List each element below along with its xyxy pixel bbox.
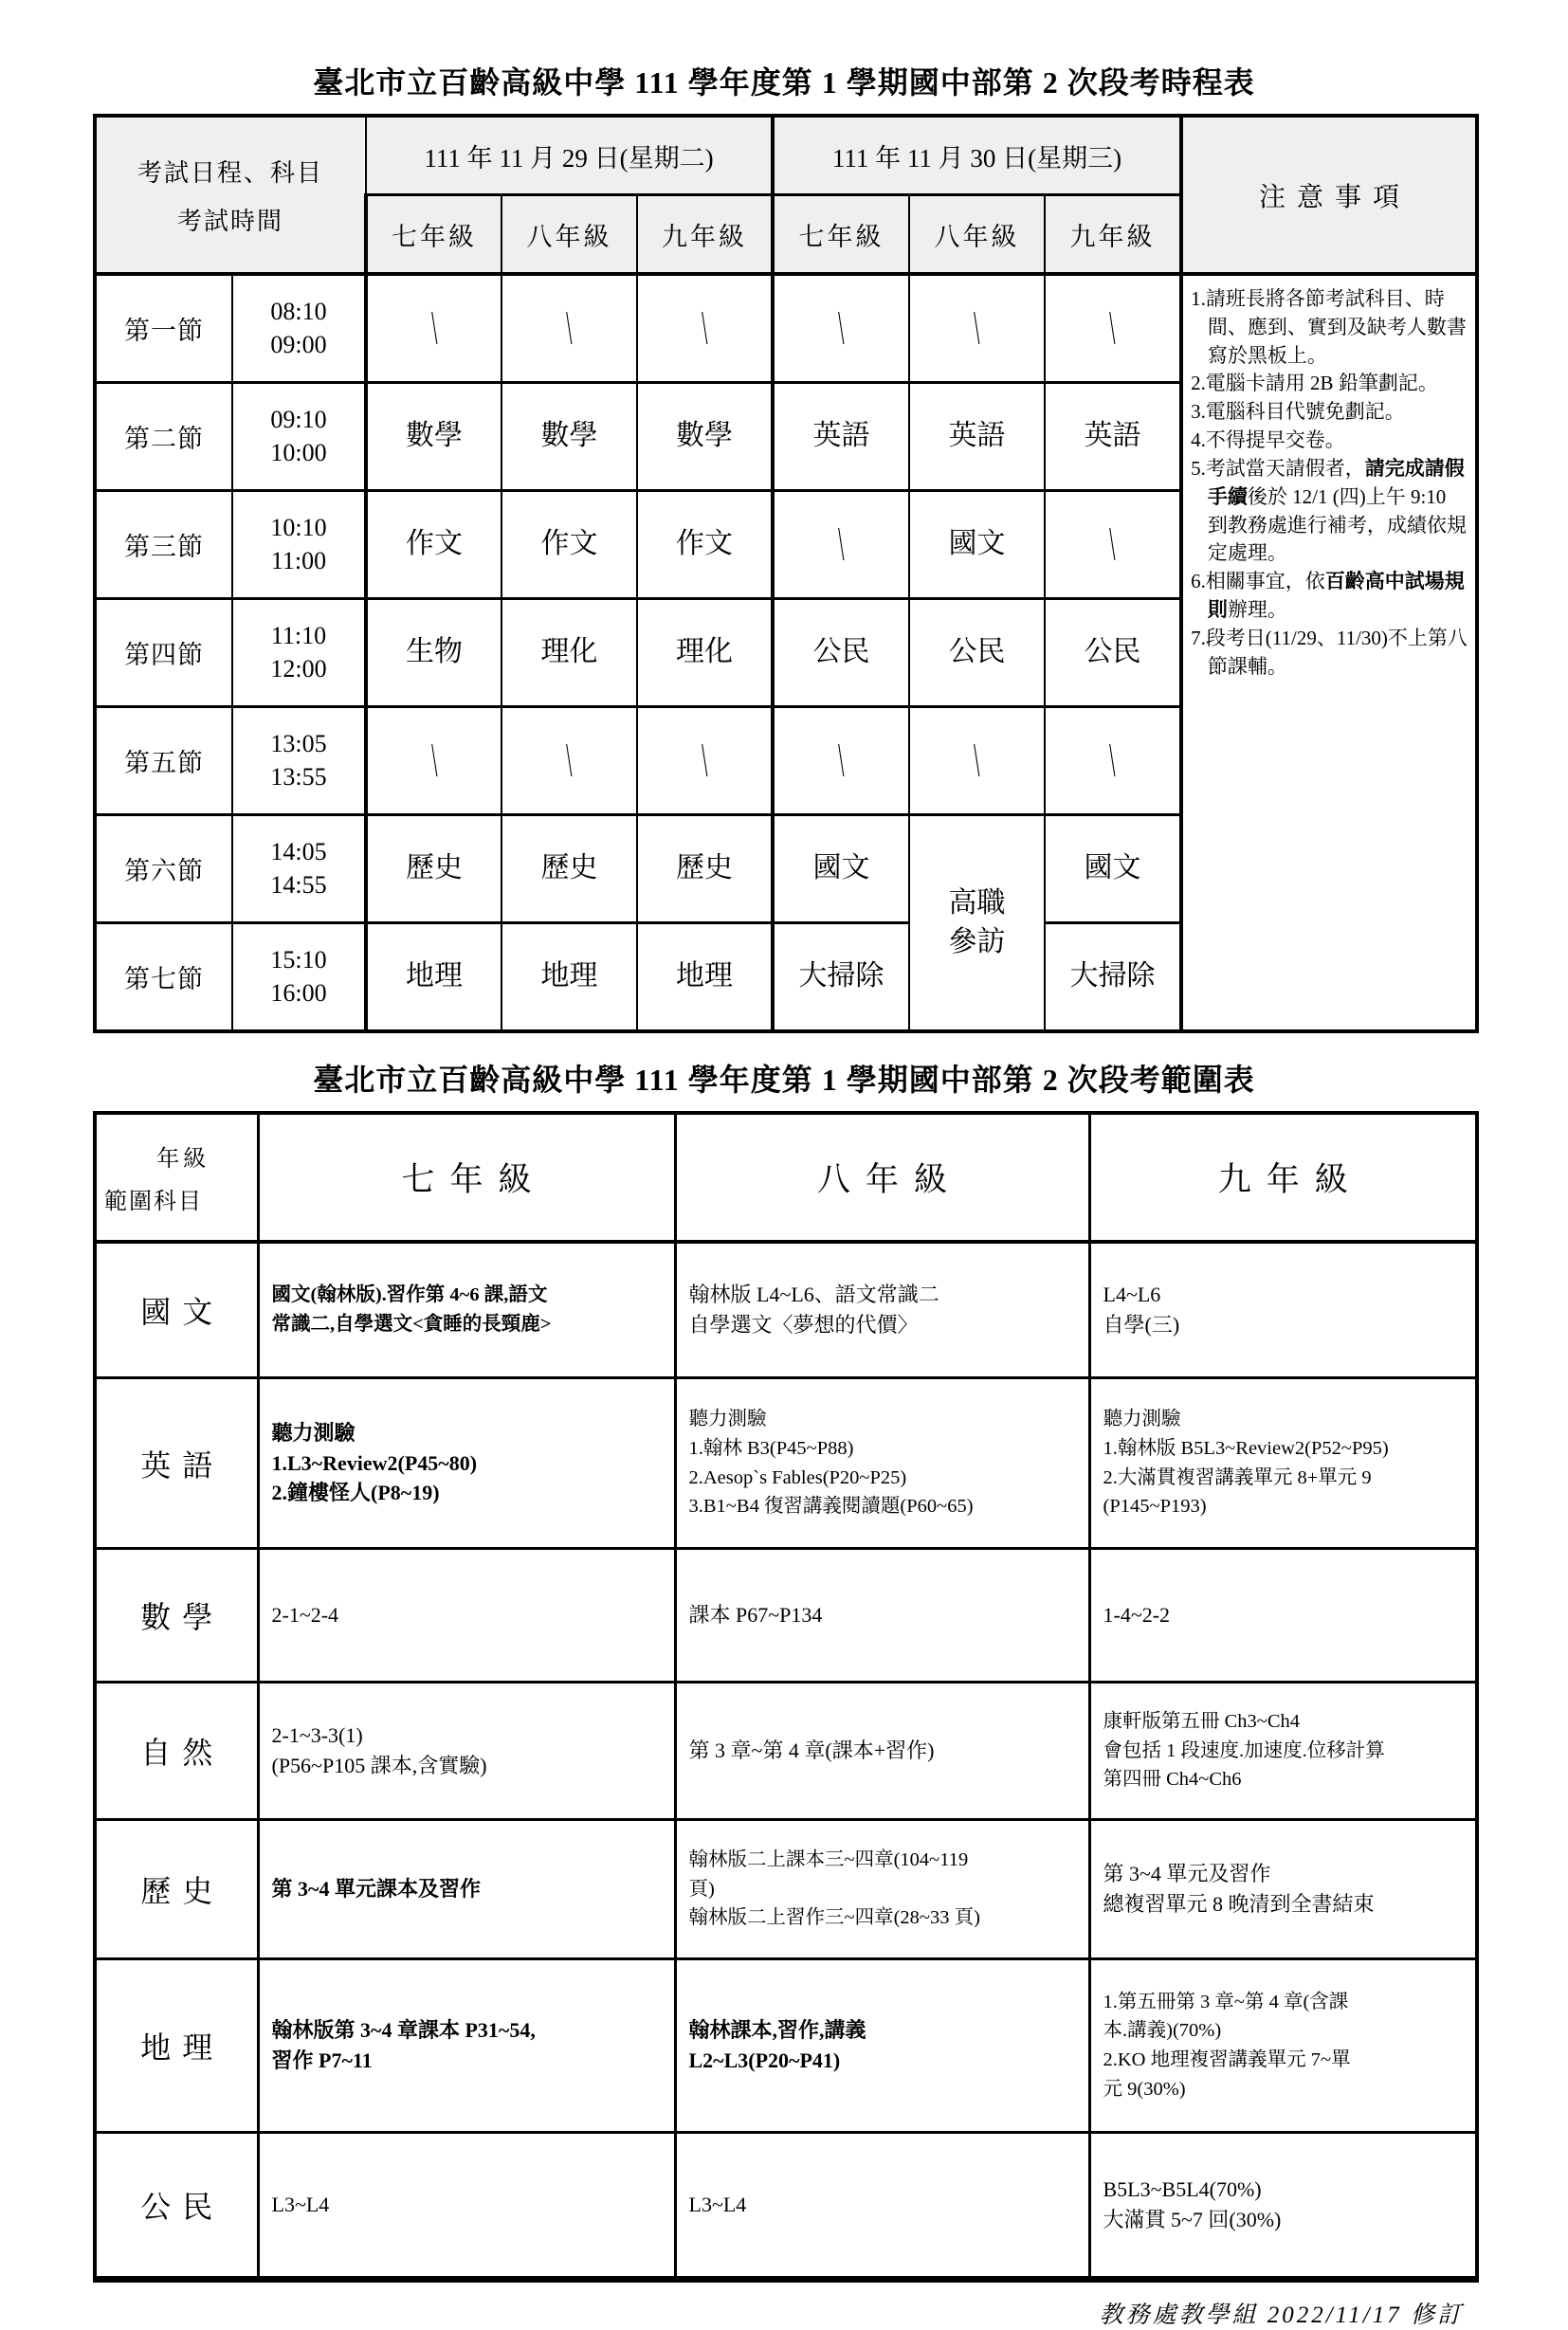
grade-header-day2-g7: 七年級 [773,195,909,275]
subject-cell: 歷史 [501,815,637,923]
revision-note: 教務處教學組 2022/11/17 修訂 [93,2296,1475,2330]
scope-table-title: 臺北市立百齡高級中學 111 學年度第 1 學期國中部第 2 次段考範圍表 [93,1056,1475,1100]
page: 臺北市立百齡高級中學 111 學年度第 1 學期國中部第 2 次段考時程表 考試… [93,0,1475,2330]
scope-cell-g8: 翰林版 L4~L6、語文常識二 自學選文〈夢想的代價〉 [675,1242,1089,1378]
subject-cell: 英語 [773,383,909,491]
grade-header-day1-g8: 八年級 [501,195,637,275]
no-exam-slash: \ [1109,730,1115,794]
scope-subject-label: 公民 [95,2133,258,2280]
subject-cell: 英語 [1045,383,1181,491]
scope-corner-header: 年級 範圍科目 [95,1113,258,1242]
period-label: 第一節 [95,274,232,383]
subject-cell: 公民 [773,599,909,707]
subject-cell: 數學 [637,383,773,491]
subject-cell: \ [773,274,909,383]
scope-cell-g9: B5L3~B5L4(70%) 大滿貫 5~7 回(30%) [1089,2133,1477,2280]
scope-cell-g9: 聽力測驗 1.翰林版 B5L3~Review2(P52~P95) 2.大滿貫複習… [1089,1378,1477,1549]
grade-header-day2-g9: 九年級 [1045,195,1181,275]
subject-cell: \ [909,707,1045,815]
note-item: 4.不得提早交卷。 [1191,427,1469,455]
scope-row-geography: 地理 翰林版第 3~4 章課本 P31~54, 習作 P7~11 翰林課本,習作… [95,1959,1477,2133]
subject-cell: 生物 [366,599,501,707]
note-number: 5. [1191,457,1206,480]
subject-cell: 地理 [501,923,637,1032]
subject-cell: 國文 [773,815,909,923]
note-item: 5.考試當天請假者，請完成請假手續後於 12/1 (四)上午 9:10 到教務處… [1191,455,1469,568]
no-exam-slash: \ [431,298,437,362]
note-number: 7. [1191,627,1206,649]
subject-cell: 國文 [909,491,1045,599]
subject-cell: 大掃除 [1045,923,1181,1032]
subject-cell: 公民 [1045,599,1181,707]
scope-grade-header-g9: 九年級 [1089,1113,1477,1242]
scope-cell-g8: 翰林課本,習作,講義 L2~L3(P20~P41) [675,1959,1089,2133]
subject-cell: \ [501,707,637,815]
note-item: 7.段考日(11/29、11/30)不上第八節課輔。 [1191,625,1469,682]
subject-cell: \ [637,274,773,383]
scope-row-history: 歷史 第 3~4 單元課本及習作 翰林版二上課本三~四章(104~119 頁) … [95,1820,1477,1959]
scope-row-civics: 公民 L3~L4 L3~L4 B5L3~B5L4(70%) 大滿貫 5~7 回(… [95,2133,1477,2280]
scope-subject-label: 地理 [95,1959,258,2133]
subject-cell: \ [637,707,773,815]
no-exam-slash: \ [566,298,572,362]
subject-cell: 大掃除 [773,923,909,1032]
period-time: 08:10 09:00 [232,274,366,383]
scope-cell-g9: L4~L6 自學(三) [1089,1242,1477,1378]
grade-header-day1-g7: 七年級 [366,195,501,275]
schedule-header-row-1: 考試日程、科目 考試時間 111 年 11 月 29 日(星期二) 111 年 … [95,116,1477,195]
period-label: 第六節 [95,815,232,923]
no-exam-slash: \ [838,298,844,362]
exam-schedule-table: 考試日程、科目 考試時間 111 年 11 月 29 日(星期二) 111 年 … [93,114,1479,1033]
scope-row-math: 數學 2-1~2-4 課本 P67~P134 1-4~2-2 [95,1549,1477,1683]
no-exam-slash: \ [1109,514,1115,578]
subject-cell: \ [909,274,1045,383]
date-header-day2: 111 年 11 月 30 日(星期三) [773,116,1181,195]
scope-grade-header-g7: 七年級 [258,1113,675,1242]
period-label: 第四節 [95,599,232,707]
exam-scope-table: 年級 範圍科目 七年級 八年級 九年級 國文 國文(翰林版).習作第 4~6 課… [93,1111,1479,2283]
note-item: 2.電腦卡請用 2B 鉛筆劃記。 [1191,370,1469,398]
scope-subject-label: 英語 [95,1378,258,1549]
grade-header-day2-g8: 八年級 [909,195,1045,275]
subject-cell: 英語 [909,383,1045,491]
subject-cell: \ [1045,491,1181,599]
no-exam-slash: \ [702,298,707,362]
period-time: 13:05 13:55 [232,707,366,815]
scope-cell-g7: L3~L4 [258,2133,675,2280]
subject-cell: \ [501,274,637,383]
scope-cell-g8: 聽力測驗 1.翰林 B3(P45~P88) 2.Aesop`s Fables(P… [675,1378,1089,1549]
scope-row-chinese: 國文 國文(翰林版).習作第 4~6 課,語文 常識二,自學選文<貪睡的長頸鹿>… [95,1242,1477,1378]
note-number: 4. [1191,428,1206,451]
subject-cell: 公民 [909,599,1045,707]
subject-cell: \ [1045,274,1181,383]
scope-subject-label: 歷史 [95,1820,258,1959]
subject-cell: 地理 [637,923,773,1032]
schedule-corner-header: 考試日程、科目 考試時間 [95,116,366,274]
period-time: 11:10 12:00 [232,599,366,707]
subject-cell: \ [366,707,501,815]
period-time: 09:10 10:00 [232,383,366,491]
period-label: 第七節 [95,923,232,1032]
period-time: 15:10 16:00 [232,923,366,1032]
scope-row-english: 英語 聽力測驗 1.L3~Review2(P45~80) 2.鐘樓怪人(P8~1… [95,1378,1477,1549]
note-number: 3. [1191,400,1206,423]
period-label: 第二節 [95,383,232,491]
subject-cell: 歷史 [637,815,773,923]
scope-cell-g9: 1-4~2-2 [1089,1549,1477,1683]
scope-cell-g7: 第 3~4 單元課本及習作 [258,1820,675,1959]
scope-cell-g7: 2-1~2-4 [258,1549,675,1683]
scope-cell-g9: 康軒版第五冊 Ch3~Ch4 會包括 1 段速度.加速度.位移計算 第四冊 Ch… [1089,1683,1477,1820]
no-exam-slash: \ [838,730,844,794]
scope-cell-g7: 聽力測驗 1.L3~Review2(P45~80) 2.鐘樓怪人(P8~19) [258,1378,675,1549]
corner-grade-label: 年級 [104,1139,249,1173]
no-exam-slash: \ [1109,298,1115,362]
subject-cell: 作文 [637,491,773,599]
note-number: 1. [1191,287,1206,310]
subject-cell: 數學 [501,383,637,491]
subject-cell: \ [773,707,909,815]
scope-cell-g7: 國文(翰林版).習作第 4~6 課,語文 常識二,自學選文<貪睡的長頸鹿> [258,1242,675,1378]
corner-line1: 考試日程、科目 [98,154,363,189]
note-item: 1.請班長將各節考試科目、時間、應到、實到及缺考人數書寫於黑板上。 [1191,285,1469,370]
scope-subject-label: 自然 [95,1683,258,1820]
subject-cell: 地理 [366,923,501,1032]
subject-cell: 歷史 [366,815,501,923]
scope-cell-g7: 翰林版第 3~4 章課本 P31~54, 習作 P7~11 [258,1959,675,2133]
subject-cell: 作文 [366,491,501,599]
scope-cell-g8: 第 3 章~第 4 章(課本+習作) [675,1683,1089,1820]
notes-header: 注意事項 [1181,116,1477,274]
corner-scope-label: 範圍科目 [104,1182,249,1215]
no-exam-slash: \ [974,298,979,362]
note-item: 6.相關事宜，依百齡高中試場規則辦理。 [1191,568,1469,625]
notes-cell: 1.請班長將各節考試科目、時間、應到、實到及缺考人數書寫於黑板上。 2.電腦卡請… [1181,274,1477,1031]
scope-cell-g8: 課本 P67~P134 [675,1549,1089,1683]
note-number: 6. [1191,570,1206,592]
period-label: 第五節 [95,707,232,815]
grade-header-day1-g9: 九年級 [637,195,773,275]
scope-header-row: 年級 範圍科目 七年級 八年級 九年級 [95,1113,1477,1242]
subject-cell: 作文 [501,491,637,599]
scope-row-science: 自然 2-1~3-3(1) (P56~P105 課本,含實驗) 第 3 章~第 … [95,1683,1477,1820]
scope-cell-g7: 2-1~3-3(1) (P56~P105 課本,含實驗) [258,1683,675,1820]
schedule-row-1: 第一節 08:10 09:00 \ \ \ \ \ \ 1.請班長將各節考試科目… [95,274,1477,383]
subject-cell: 國文 [1045,815,1181,923]
no-exam-slash: \ [838,514,844,578]
no-exam-slash: \ [566,730,572,794]
subject-cell: 數學 [366,383,501,491]
scope-cell-g9: 第 3~4 單元及習作 總複習單元 8 晚清到全書結束 [1089,1820,1477,1959]
subject-cell: \ [366,274,501,383]
period-time: 14:05 14:55 [232,815,366,923]
subject-cell: \ [773,491,909,599]
date-header-day1: 111 年 11 月 29 日(星期二) [366,116,773,195]
schedule-table-title: 臺北市立百齡高級中學 111 學年度第 1 學期國中部第 2 次段考時程表 [93,59,1475,102]
note-number: 2. [1191,372,1206,394]
corner-line2: 考試時間 [98,202,363,237]
period-time: 10:10 11:00 [232,491,366,599]
scope-subject-label: 數學 [95,1549,258,1683]
scope-cell-g8: L3~L4 [675,2133,1089,2280]
scope-subject-label: 國文 [95,1242,258,1378]
no-exam-slash: \ [431,730,437,794]
scope-cell-g9: 1.第五冊第 3 章~第 4 章(含課 本.講義)(70%) 2.KO 地理複習… [1089,1959,1477,2133]
scope-cell-g8: 翰林版二上課本三~四章(104~119 頁) 翰林版二上習作三~四章(28~33… [675,1820,1089,1959]
subject-cell: \ [1045,707,1181,815]
scope-grade-header-g8: 八年級 [675,1113,1089,1242]
no-exam-slash: \ [974,730,979,794]
subject-cell: 理化 [501,599,637,707]
no-exam-slash: \ [702,730,707,794]
subject-cell: 理化 [637,599,773,707]
note-item: 3.電腦科目代號免劃記。 [1191,398,1469,427]
merged-visit-cell: 高職 參訪 [909,815,1045,1032]
period-label: 第三節 [95,491,232,599]
